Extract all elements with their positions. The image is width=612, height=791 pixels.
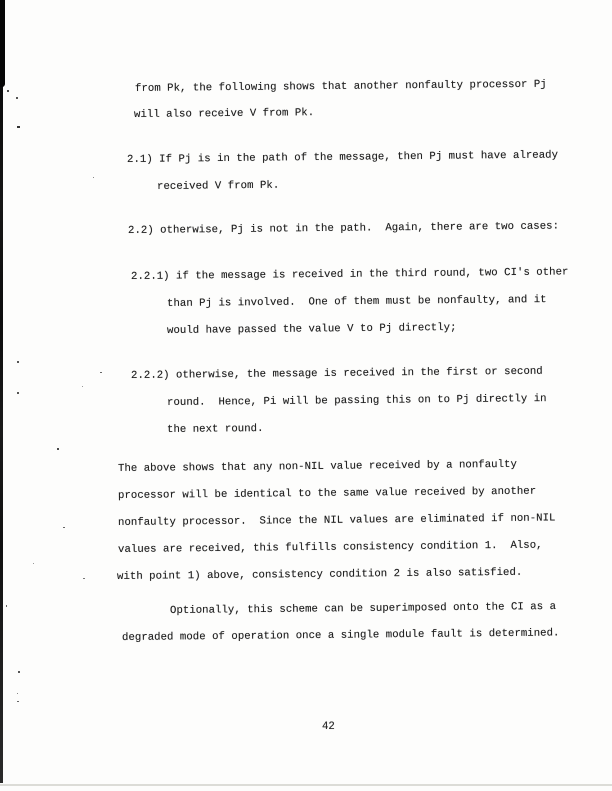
text-line: degraded mode of operation once a single… [122, 626, 560, 645]
scan-speck [82, 386, 83, 387]
scan-speck [33, 563, 34, 564]
scanned-page: from Pk, the following shows that anothe… [0, 0, 612, 791]
scan-speck [63, 527, 65, 528]
scan-speck [17, 701, 19, 702]
text-line: nonfaulty processor. Since the NIL value… [118, 511, 556, 530]
scan-speck [17, 693, 18, 694]
text-line: the next round. [167, 422, 264, 437]
text-line: with point 1) above, consistency conditi… [117, 566, 522, 584]
scan-speck [7, 90, 9, 92]
text-line: 2.2.2) otherwise, the message is receive… [131, 365, 543, 383]
scan-speck [17, 126, 20, 128]
scan-bottom-line [0, 784, 612, 786]
scan-speck [6, 605, 7, 607]
text-line: will also receive V from Pk. [134, 106, 314, 122]
text-line: received V from Pk. [157, 179, 279, 194]
text-line: 2.2.1) if the message is received in the… [131, 265, 569, 284]
scan-speck [57, 448, 59, 450]
scan-edge-strip-top [0, 0, 5, 87]
scan-speck [83, 578, 85, 579]
text-line: from Pk, the following shows that anothe… [135, 78, 547, 96]
scan-speck [17, 392, 19, 394]
scan-edge-strip [0, 0, 3, 783]
text-line: 2.1) If Pj is in the path of the message… [127, 148, 558, 167]
text-line: The above shows that any non-NIL value r… [118, 458, 517, 476]
scan-speck [17, 361, 19, 363]
scan-speck [93, 177, 94, 178]
scan-speck [18, 671, 20, 673]
text-line: values are received, this fulfills consi… [118, 539, 543, 557]
page-number: 42 [322, 720, 335, 734]
scan-speck [16, 97, 18, 99]
text-line: 2.2) otherwise, Pj is not in the path. A… [128, 219, 559, 238]
text-line: than Pj is involved. One of them must be… [167, 293, 547, 311]
scan-speck [100, 372, 102, 373]
text-line: would have passed the value V to Pj dire… [167, 321, 457, 338]
text-line: Optionally, this scheme can be superimpo… [170, 600, 556, 618]
text-line: processor will be identical to the same … [118, 485, 536, 503]
text-line: round. Hence, Pi will be passing this on… [167, 392, 547, 410]
